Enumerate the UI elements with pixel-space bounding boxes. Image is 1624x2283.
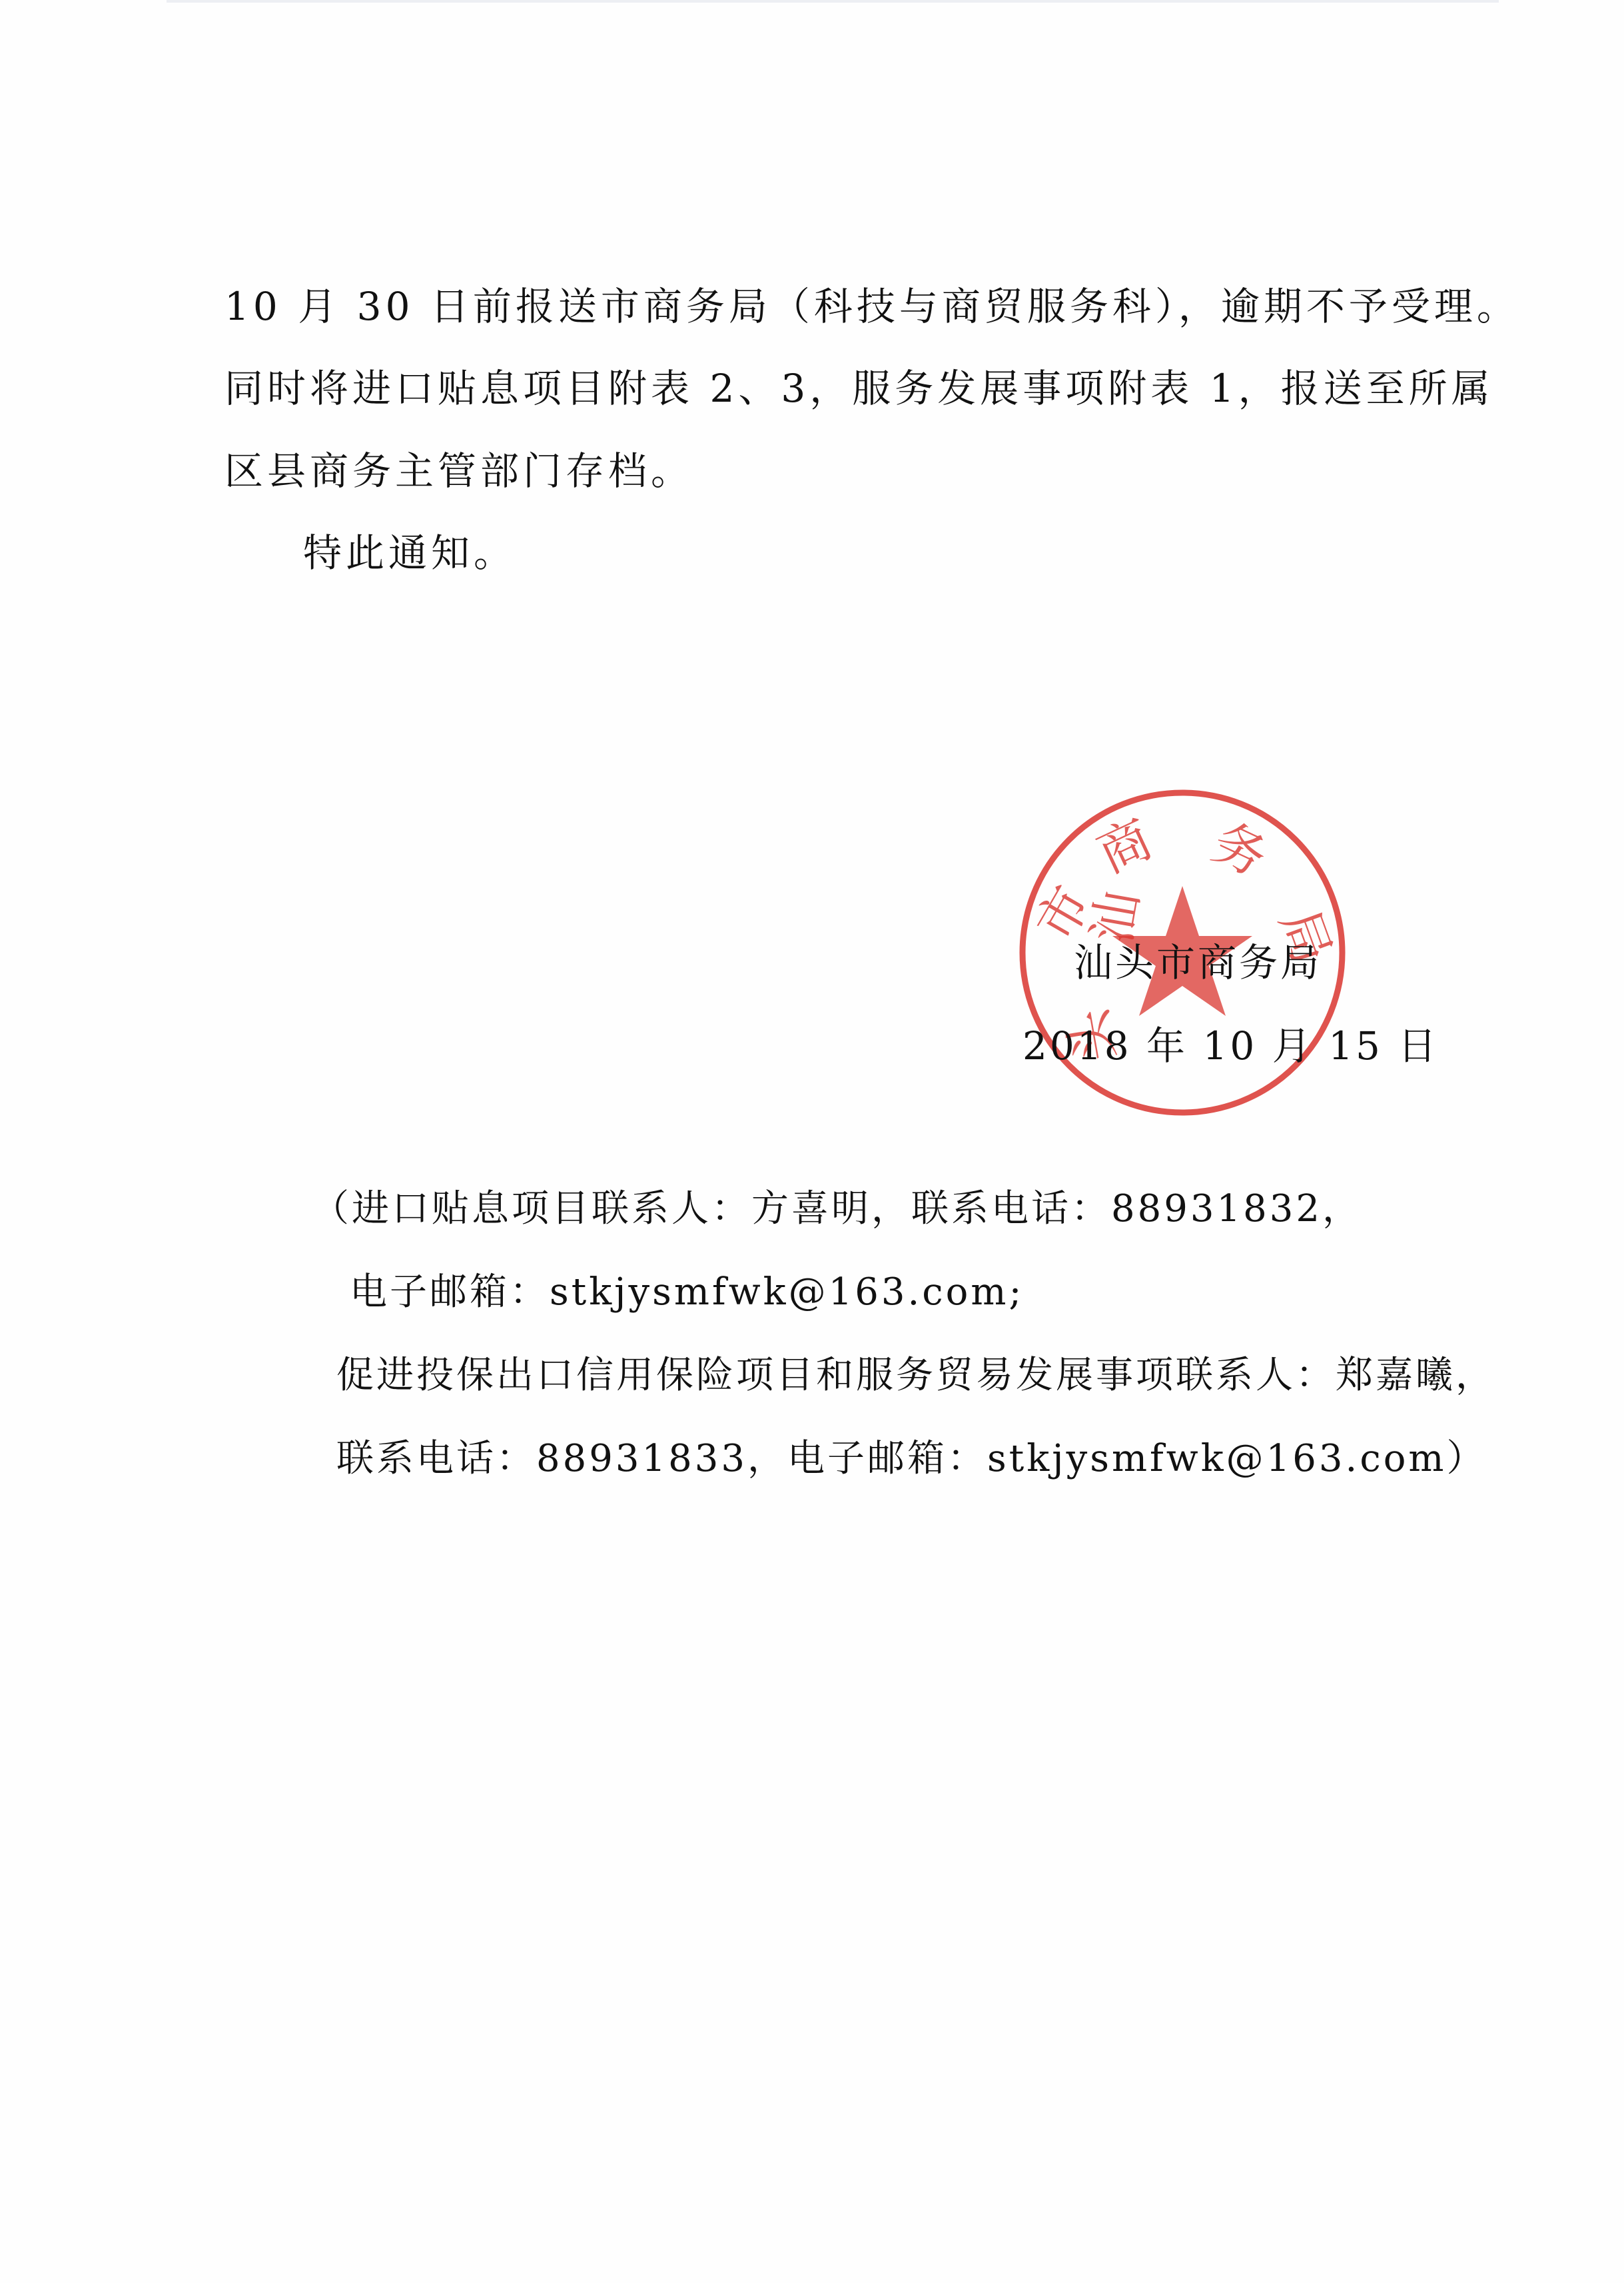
scan-edge-artifact bbox=[167, 0, 1499, 3]
seal-char-shang: 商 bbox=[1089, 809, 1162, 885]
seal-char-wu: 务 bbox=[1204, 812, 1276, 889]
body-line-3: 区县商务主管部门存档。 bbox=[224, 448, 693, 494]
body-line-2: 同时将进口贴息项目附表 2、3，服务发展事项附表 1，报送至所属 bbox=[224, 365, 1437, 412]
contact-line-3: 促进投保出口信用保险项目和服务贸易发展事项联系人：郑嘉曦， bbox=[336, 1352, 1495, 1399]
signature-date: 2018 年 10 月 15 日 bbox=[1022, 1023, 1439, 1069]
contact-line-1: （进口贴息项目联系人：方喜明，联系电话：88931832， bbox=[312, 1186, 1362, 1232]
contact-line-4: 联系电话：88931833，电子邮箱：stkjysmfwk@163.com） bbox=[336, 1436, 1487, 1482]
contact-line-2: 电子邮箱：stkjysmfwk@163.com; bbox=[350, 1269, 1024, 1316]
closing-text: 特此通知。 bbox=[303, 530, 516, 576]
document-page: 10 月 30 日前报送市商务局（科技与商贸服务科），逾期不予受理。 同时将进口… bbox=[0, 0, 1624, 2283]
signature-organization: 汕头市商务局 bbox=[1074, 939, 1322, 986]
body-line-1: 10 月 30 日前报送市商务局（科技与商贸服务科），逾期不予受理。 bbox=[224, 283, 1437, 330]
